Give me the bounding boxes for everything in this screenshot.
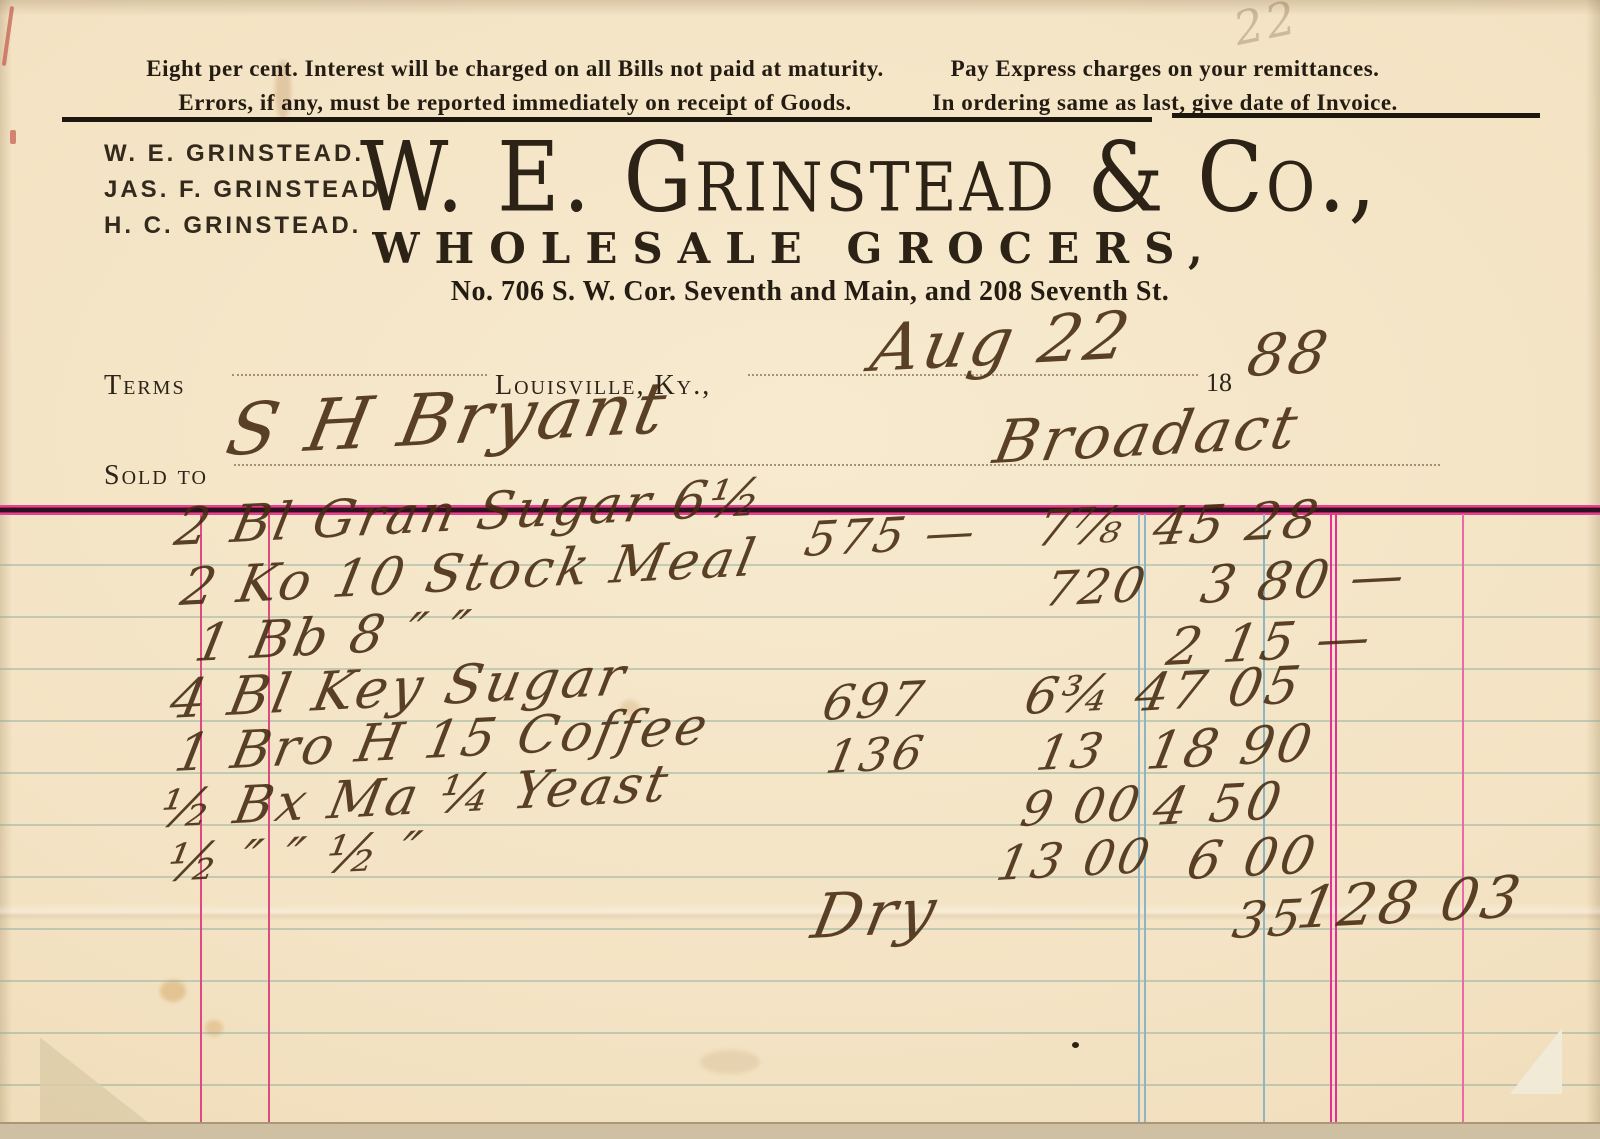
weight-cell: 575 — [800, 503, 983, 568]
drayage-label: Dry [806, 874, 945, 953]
price-cell: 720 [1040, 557, 1153, 618]
invoice-document: Eight per cent. Interest will be charged… [0, 0, 1600, 1139]
ledger-vertical-rule [1462, 514, 1464, 1125]
notice-line: Errors, if any, must be reported immedia… [120, 86, 910, 120]
amount-cell: 18 90 [1142, 714, 1320, 782]
company-business: WHOLESALE GROCERS, [360, 224, 1230, 273]
partner-name: JAS. F. GRINSTEAD. [104, 172, 391, 208]
amount-cell: 45 28 [1148, 490, 1326, 558]
terms-label: Terms [104, 370, 186, 402]
handwritten-buyer-name: S H Bryant [220, 365, 676, 472]
weight-cell: 697 [818, 671, 931, 732]
amount-cell: 3 80 — [1196, 545, 1412, 616]
year-prefix: 18 [1206, 368, 1232, 398]
paper-bottom-edge [0, 1122, 1600, 1139]
notice-line: Pay Express charges on your remittances. [900, 52, 1430, 86]
paper-edge-shade [0, 0, 1600, 16]
weight-cell: 136 [822, 725, 931, 784]
ghost-offset-mark: 22 [1229, 0, 1303, 56]
price-cell: 6¾ [1020, 664, 1119, 726]
sold-to-rule [234, 464, 1440, 466]
partner-name: H. C. GRINSTEAD. [104, 208, 391, 244]
company-name: W. E. Grinstead & Co., [360, 122, 1230, 234]
handwritten-year: 88 [1242, 318, 1336, 390]
partner-names: W. E. GRINSTEAD. JAS. F. GRINSTEAD. H. C… [104, 136, 391, 244]
header-rule [1172, 113, 1540, 118]
red-ink-mark [10, 130, 16, 144]
partner-name: W. E. GRINSTEAD. [104, 136, 391, 172]
price-cell: 13 00 [992, 828, 1157, 892]
notice-line: Eight per cent. Interest will be charged… [120, 52, 910, 86]
price-cell: 13 [1032, 723, 1111, 782]
notice-left: Eight per cent. Interest will be charged… [120, 52, 910, 120]
handwritten-date: Aug 22 [865, 297, 1139, 387]
notice-right: Pay Express charges on your remittances.… [900, 52, 1430, 120]
amount-cell: 47 05 [1130, 656, 1308, 724]
price-cell: 7⅞ [1032, 496, 1131, 558]
sold-to-label: Sold to [104, 460, 208, 492]
amount-cell: 6 00 [1182, 825, 1323, 892]
terms-rule [232, 374, 487, 376]
total-amount: 128 03 [1292, 863, 1529, 942]
